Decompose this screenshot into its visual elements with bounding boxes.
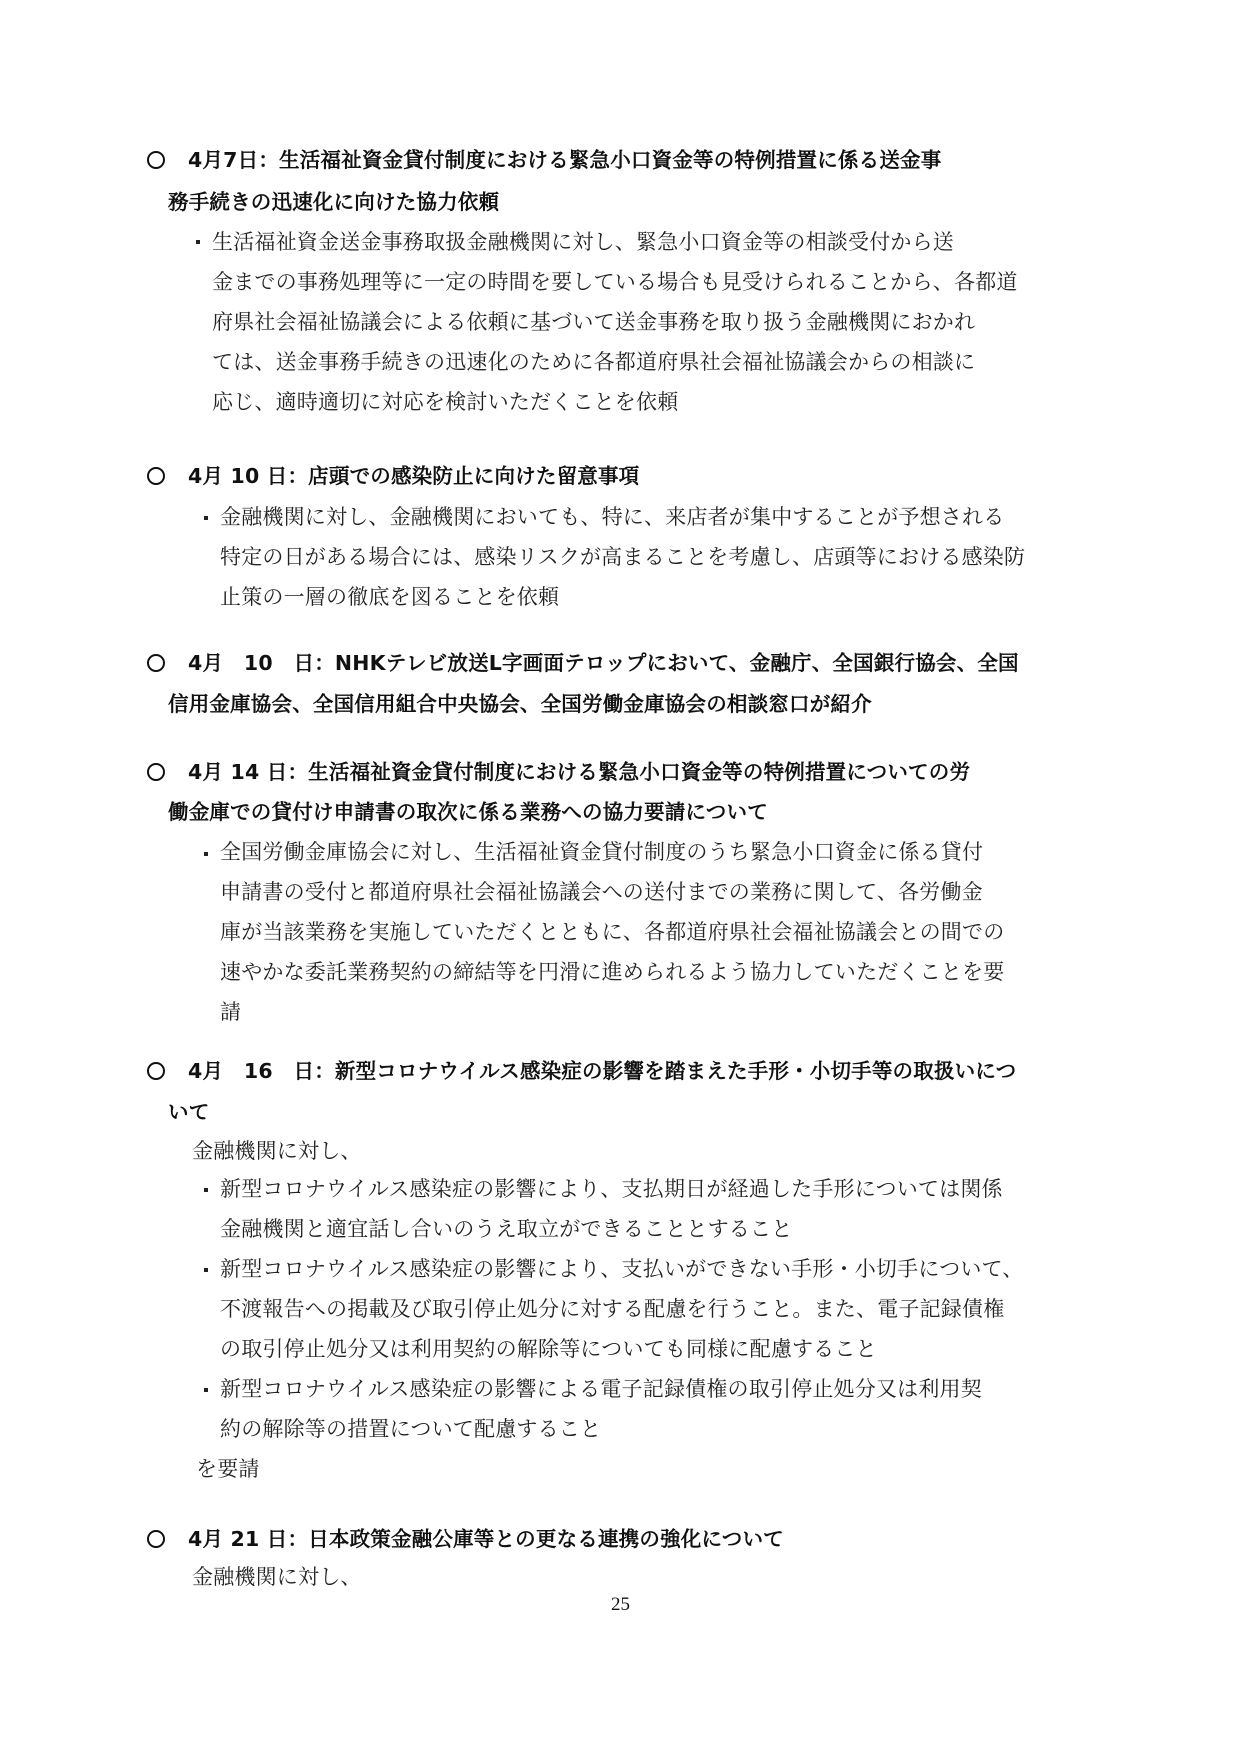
bullet-text: 金融機関と適宜話し合いのうえ取立ができることとすること: [220, 1215, 792, 1243]
bullet-dot-icon: [196, 240, 200, 244]
section-heading: 4月 21 日：日本政策金融公庫等との更なる連携の強化について: [188, 1525, 784, 1553]
section-intro: 金融機関に対し、: [192, 1563, 362, 1591]
bullet-text: 申請書の受付と都道府県社会福祉協議会への送付までの業務に関して、各労働金: [220, 878, 983, 906]
section-heading: 4月 10 日：NHKテレビ放送L字画面テロップにおいて、金融庁、全国銀行協会、…: [188, 649, 1019, 677]
bullet-text: 止策の一層の徹底を図ることを依頼: [220, 583, 559, 611]
bullet-text: ては、送金事務手続きの迅速化のために各都道府県社会福祉協議会からの相談に: [212, 348, 975, 376]
bullet-text: の取引停止処分又は利用契約の解除等についても同様に配慮すること: [220, 1335, 877, 1363]
section-heading: いて: [168, 1098, 209, 1126]
bullet-text: 請: [220, 998, 241, 1026]
section-intro: 金融機関に対し、: [192, 1137, 362, 1165]
document-page: 4月7日：生活福祉資金貸付制度における緊急小口資金等の特例措置に係る送金事 務手…: [0, 0, 1241, 1754]
bullet-text: 全国労働金庫協会に対し、生活福祉資金貸付制度のうち緊急小口資金に係る貸付: [220, 838, 983, 866]
bullet-text: 不渡報告への掲載及び取引停止処分に対する配慮を行うこと。また、電子記録債権: [220, 1295, 1004, 1323]
bullet-text: 生活福祉資金送金事務取扱金融機関に対し、緊急小口資金等の相談受付から送: [212, 228, 954, 256]
section-closing: を要請: [196, 1455, 260, 1483]
bullet-text: 金までの事務処理等に一定の時間を要している場合も見受けられることから、各都道: [212, 268, 1018, 296]
circle-bullet-icon: [147, 151, 165, 169]
circle-bullet-icon: [147, 467, 165, 485]
section-heading: 4月 10 日：店頭での感染防止に向けた留意事項: [188, 462, 639, 490]
bullet-dot-icon: [204, 1188, 208, 1192]
bullet-dot-icon: [204, 852, 208, 856]
circle-bullet-icon: [147, 763, 165, 781]
bullet-text: 庫が当該業務を実施していただくとともに、各都道府県社会福祉協議会との間での: [220, 918, 1004, 946]
section-heading: 務手続きの迅速化に向けた協力依頼: [168, 188, 499, 216]
bullet-text: 特定の日がある場合には、感染リスクが高まることを考慮し、店頭等における感染防: [220, 543, 1025, 571]
page-number: 25: [0, 1594, 1241, 1616]
section-heading: 働金庫での貸付け申請書の取次に係る業務への協力要請について: [168, 798, 768, 826]
bullet-dot-icon: [204, 1388, 208, 1392]
section-heading: 4月 16 日：新型コロナウイルス感染症の影響を踏まえた手形・小切手等の取扱いに…: [188, 1057, 1016, 1085]
section-heading: 4月 14 日：生活福祉資金貸付制度における緊急小口資金等の特例措置についての労: [188, 758, 970, 786]
bullet-text: 約の解除等の措置について配慮すること: [220, 1415, 601, 1443]
bullet-dot-icon: [204, 516, 208, 520]
section-heading: 信用金庫協会、全国信用組合中央協会、全国労働金庫協会の相談窓口が紹介: [168, 690, 872, 718]
bullet-text: 速やかな委託業務契約の締結等を円滑に進められるよう協力していただくことを要: [220, 958, 1004, 986]
bullet-text: 金融機関に対し、金融機関においても、特に、来店者が集中することが予想される: [220, 503, 1004, 531]
bullet-text: 府県社会福祉協議会による依頼に基づいて送金事務を取り扱う金融機関におかれ: [212, 308, 975, 336]
circle-bullet-icon: [147, 1062, 165, 1080]
bullet-text: 応じ、適時適切に対応を検討いただくことを依頼: [212, 388, 678, 416]
bullet-text: 新型コロナウイルス感染症の影響により、支払いができない手形・小切手について、: [220, 1255, 1024, 1283]
section-heading: 4月7日：生活福祉資金貸付制度における緊急小口資金等の特例措置に係る送金事: [188, 146, 941, 174]
circle-bullet-icon: [147, 654, 165, 672]
bullet-text: 新型コロナウイルス感染症の影響による電子記録債権の取引停止処分又は利用契: [220, 1375, 982, 1403]
bullet-dot-icon: [204, 1268, 208, 1272]
bullet-text: 新型コロナウイルス感染症の影響により、支払期日が経過した手形については関係: [220, 1175, 1003, 1203]
circle-bullet-icon: [147, 1530, 165, 1548]
